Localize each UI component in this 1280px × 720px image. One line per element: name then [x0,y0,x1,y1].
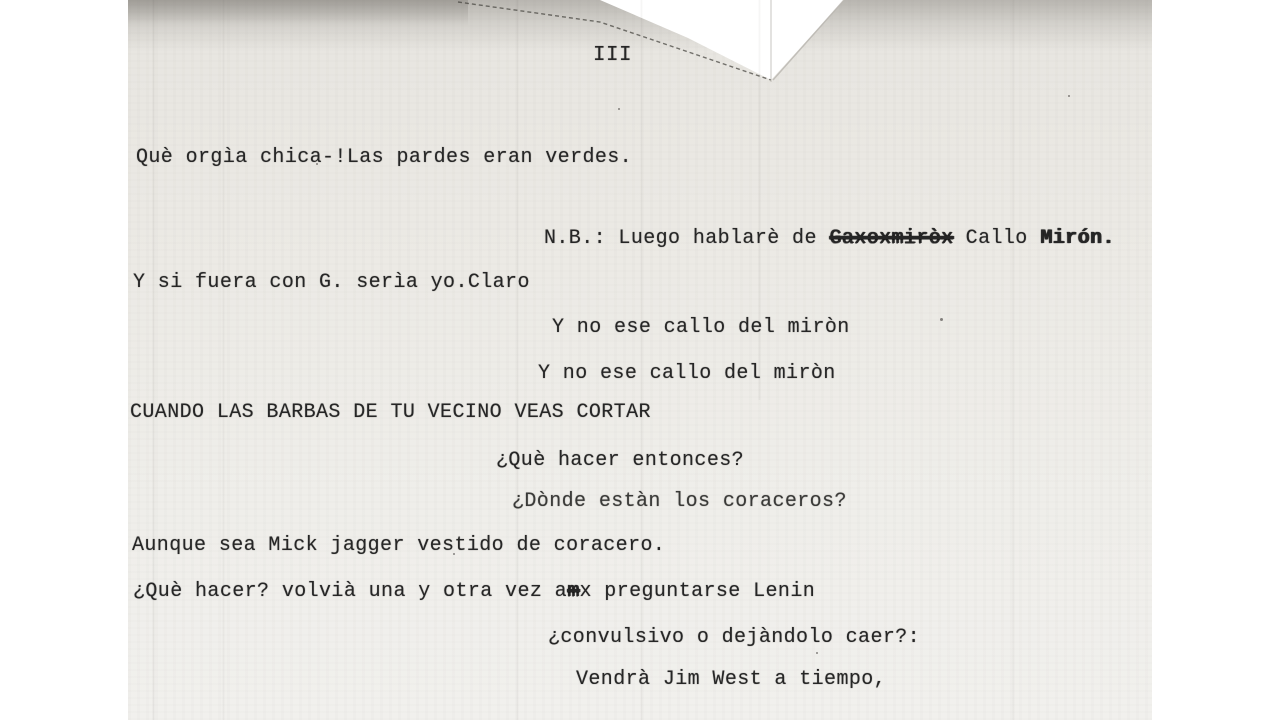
paper-sheet: III Què orgìa chica-!Las pardes eran ver… [128,0,1152,720]
dust-speck [940,318,943,321]
crossed-out-word: Gaxoxmiròx [829,227,953,250]
poem-line-4: Y no ese callo del miròn [538,362,836,386]
paper-crease-line [516,0,519,720]
poem-line-8: Aunque sea Mick jagger vestido de corace… [132,534,665,558]
paper-crease-line [758,0,761,400]
nb-text-prefix: N.B.: Luego hablarè de [544,227,829,250]
poem-line-6: ¿Què hacer entonces? [496,449,744,473]
dust-speck [1068,95,1070,97]
page-number-heading: III [593,44,632,68]
overtyped-name: Mirón. [1040,227,1114,250]
poem-line-3: Y no ese callo del miròn [552,316,850,340]
poem-line-1: Què orgìa chica-!Las pardes eran verdes. [136,146,632,170]
paper-crease-line [640,0,643,720]
nb-text-mid: Callo [953,227,1040,250]
poem-line-nota-bene: N.B.: Luego hablarè de Gaxoxmiròx Callo … [544,227,1115,251]
paper-crease-line [1012,0,1015,720]
l9-text-prefix: ¿Què hacer? volvià una y otra vez a [133,580,567,603]
poem-line-10: ¿convulsivo o dejàndolo caer?: [548,626,920,650]
poem-line-11: Vendrà Jim West a tiempo, [576,668,886,692]
poem-line-2: Y si fuera con G. serìa yo.Claro [133,271,530,295]
scanned-document-page: III Què orgìa chica-!Las pardes eran ver… [0,0,1280,720]
poem-line-9: ¿Què hacer? volvià una y otra vez amx pr… [133,580,815,604]
overstruck-character: m [567,580,579,603]
dust-speck [618,108,620,110]
poem-line-5-uppercase: CUANDO LAS BARBAS DE TU VECINO VEAS CORT… [130,401,651,425]
l9-text-suffix: x preguntarse Lenin [579,580,815,603]
poem-line-7: ¿Dònde estàn los coraceros? [512,490,847,514]
paper-crease-line [222,0,225,720]
dust-speck [816,652,818,654]
paper-crease-line [152,0,155,720]
